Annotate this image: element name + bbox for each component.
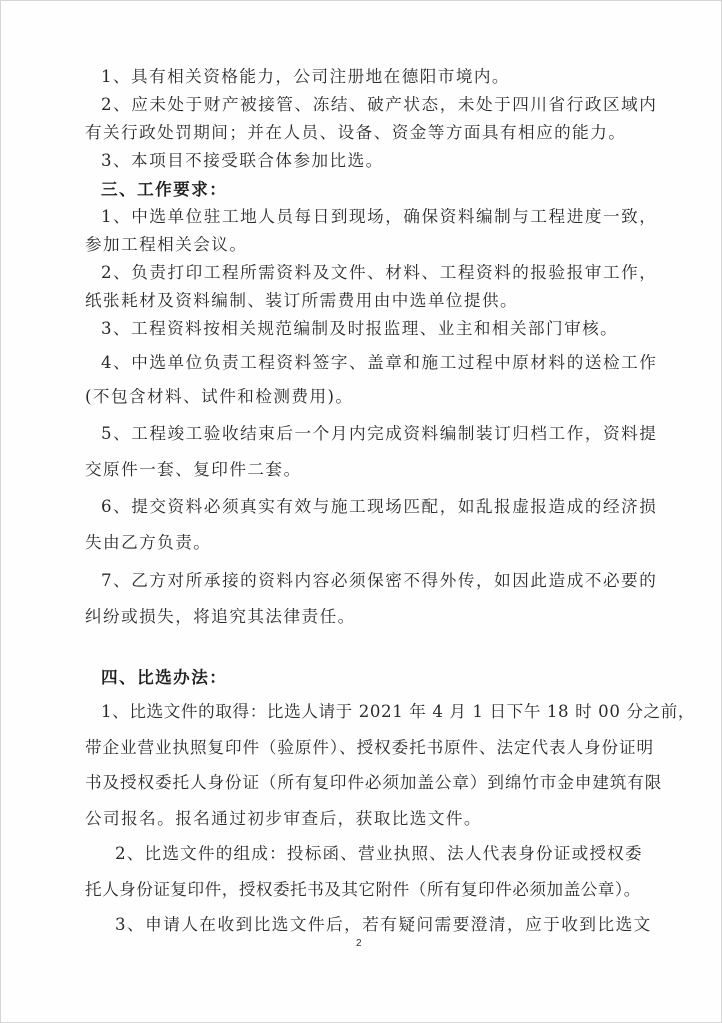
- method-item-1-cont-b: 书及授权委托人身份证（所有复印件必须加盖公章）到绵竹市金申建筑有限: [85, 773, 645, 793]
- section-heading-work-requirements: 三、工作要求：: [101, 179, 661, 199]
- work-item-6-cont: 失由乙方负责。: [85, 533, 645, 553]
- work-item-4-cont: (不包含材料、试件和检测费用)。: [85, 387, 645, 407]
- work-item-5-cont: 交原件一套、复印件二套。: [85, 460, 645, 480]
- work-item-6: 6、提交资料必须真实有效与施工现场匹配，如乱报虚报造成的经济损: [101, 497, 661, 517]
- requirement-3: 3、本项目不接受联合体参加比选。: [101, 151, 661, 171]
- work-item-1-cont: 参加工程相关会议。: [85, 235, 645, 255]
- method-item-3: 3、申请人在收到比选文件后，若有疑问需要澄清，应于收到比选文: [115, 915, 675, 935]
- section-heading-selection-method: 四、比选办法：: [101, 667, 661, 687]
- requirement-2: 2、应未处于财产被接管、冻结、破产状态，未处于四川省行政区域内: [101, 95, 661, 115]
- work-item-7-cont: 纠纷或损失，将追究其法律责任。: [85, 607, 645, 627]
- work-item-7: 7、乙方对所承接的资料内容必须保密不得外传，如因此造成不必要的: [101, 571, 661, 591]
- work-item-2: 2、负责打印工程所需资料及文件、材料、工程资料的报验报审工作，: [101, 263, 661, 283]
- work-item-1: 1、中选单位驻工地人员每日到现场，确保资料编制与工程进度一致，: [101, 207, 661, 227]
- method-item-1-cont-a: 带企业营业执照复印件（验原件）、授权委托书原件、法定代表人身份证明: [85, 738, 645, 758]
- method-item-2-cont: 托人身份证复印件，授权委托书及其它附件（所有复印件必须加盖公章）。: [85, 880, 645, 900]
- requirement-2-cont: 有关行政处罚期间；并在人员、设备、资金等方面具有相应的能力。: [85, 123, 645, 143]
- requirement-1: 1、具有相关资格能力，公司注册地在德阳市境内。: [101, 67, 661, 87]
- method-item-1-cont-c: 公司报名。报名通过初步审查后，获取比选文件。: [85, 809, 645, 829]
- work-item-2-cont: 纸张耗材及资料编制、装订所需费用由中选单位提供。: [85, 291, 645, 311]
- work-item-3: 3、工程资料按相关规范编制及时报监理、业主和相关部门审核。: [101, 319, 661, 339]
- page-number: 2: [356, 938, 362, 949]
- document-page: 1、具有相关资格能力，公司注册地在德阳市境内。 2、应未处于财产被接管、冻结、破…: [0, 0, 722, 1023]
- method-item-1: 1、比选文件的取得：比选人请于 2021 年 4 月 1 日下午 18 时 00…: [101, 702, 661, 722]
- method-item-2: 2、比选文件的组成：投标函、营业执照、法人代表身份证或授权委: [115, 844, 675, 864]
- work-item-5: 5、工程竣工验收结束后一个月内完成资料编制装订归档工作，资料提: [101, 424, 661, 444]
- work-item-4: 4、中选单位负责工程资料签字、盖章和施工过程中原材料的送检工作: [101, 353, 661, 373]
